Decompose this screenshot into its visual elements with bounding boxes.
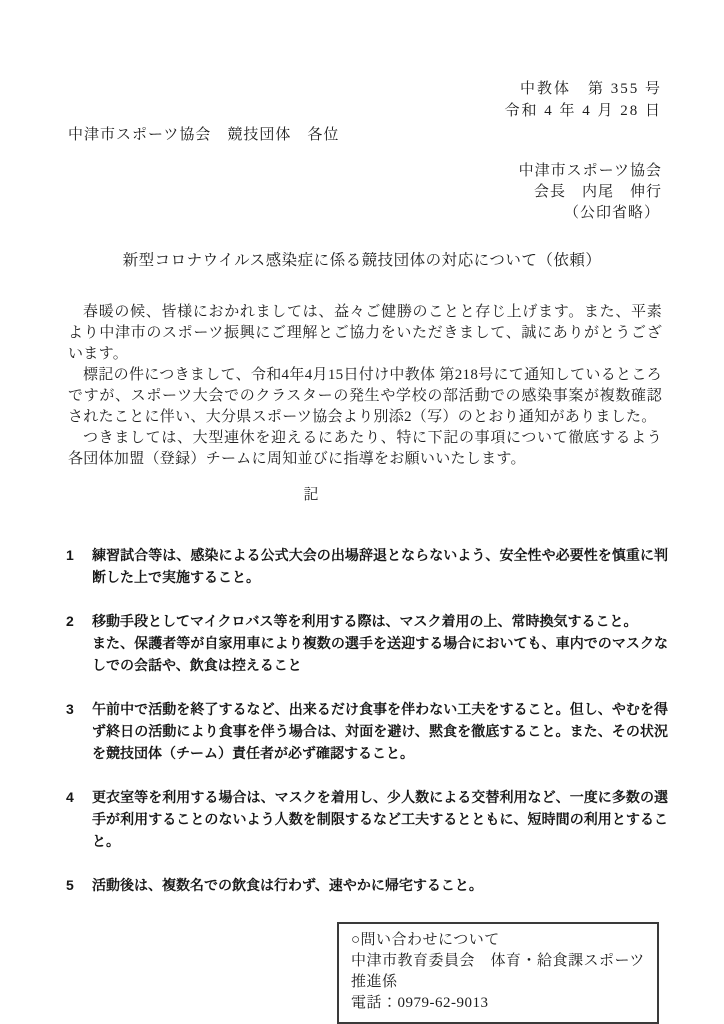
recipient-line: 中津市スポーツ協会 競技団体 各位 — [68, 125, 724, 146]
sender-seal-note: （公印省略） — [0, 203, 662, 224]
body-paragraph-1: 春暖の候、皆様におかれましては、益々ご健勝のことと存じ上げます。また、平素より中… — [68, 302, 662, 365]
doc-number: 中教体 第 355 号 — [0, 78, 662, 100]
item-number: 4 — [66, 786, 92, 852]
list-item: 2 移動手段としてマイクロバス等を利用する際は、マスク着用の上、常時換気すること… — [66, 610, 668, 676]
sender-block: 中津市スポーツ協会 会長 内尾 伸行 （公印省略） — [0, 161, 662, 224]
item-text: 移動手段としてマイクロバス等を利用する際は、マスク着用の上、常時換気すること。 … — [92, 610, 668, 676]
item-text: 練習試合等は、感染による公式大会の出場辞退とならないよう、安全性や必要性を慎重に… — [92, 544, 668, 588]
contact-heading: ○問い合わせについて — [351, 930, 645, 951]
body-paragraph-2: 標記の件につきまして、令和4年4月15日付け中教体 第218号にて通知していると… — [68, 365, 662, 428]
contact-org: 中津市教育委員会 体育・給食課スポーツ推進係 — [351, 951, 645, 993]
sender-president: 会長 内尾 伸行 — [0, 182, 662, 203]
doc-date: 令和 4 年 4 月 28 日 — [0, 100, 662, 122]
body-text: 春暖の候、皆様におかれましては、益々ご健勝のことと存じ上げます。また、平素より中… — [68, 302, 662, 470]
item-number: 3 — [66, 698, 92, 764]
item-number: 5 — [66, 874, 92, 896]
document-title: 新型コロナウイルス感染症に係る競技団体の対応について（依頼） — [0, 248, 724, 270]
list-item: 3 午前中で活動を終了するなど、出来るだけ食事を伴わない工夫をすること。但し、や… — [66, 698, 668, 764]
list-item: 5 活動後は、複数名での飲食は行わず、速やかに帰宅すること。 — [66, 874, 668, 896]
directive-list: 1 練習試合等は、感染による公式大会の出場辞退とならないよう、安全性や必要性を慎… — [66, 544, 668, 896]
list-item: 1 練習試合等は、感染による公式大会の出場辞退とならないよう、安全性や必要性を慎… — [66, 544, 668, 588]
item-text: 更衣室等を利用する場合は、マスクを着用し、少人数による交替利用など、一度に多数の… — [92, 786, 668, 852]
item-number: 2 — [66, 610, 92, 676]
document-page: 中教体 第 355 号 令和 4 年 4 月 28 日 中津市スポーツ協会 競技… — [0, 0, 724, 1024]
contact-box: ○問い合わせについて 中津市教育委員会 体育・給食課スポーツ推進係 電話：097… — [337, 922, 659, 1024]
item-text: 午前中で活動を終了するなど、出来るだけ食事を伴わない工夫をすること。但し、やむを… — [92, 698, 668, 764]
body-paragraph-3: つきましては、大型連休を迎えるにあたり、特に下記の事項について徹底するよう各団体… — [68, 428, 662, 470]
record-marker: 記 — [0, 483, 624, 504]
list-item: 4 更衣室等を利用する場合は、マスクを着用し、少人数による交替利用など、一度に多… — [66, 786, 668, 852]
item-number: 1 — [66, 544, 92, 588]
contact-phone: 電話：0979-62-9013 — [351, 993, 645, 1014]
item-text: 活動後は、複数名での飲食は行わず、速やかに帰宅すること。 — [92, 874, 668, 896]
sender-org: 中津市スポーツ協会 — [0, 161, 662, 182]
